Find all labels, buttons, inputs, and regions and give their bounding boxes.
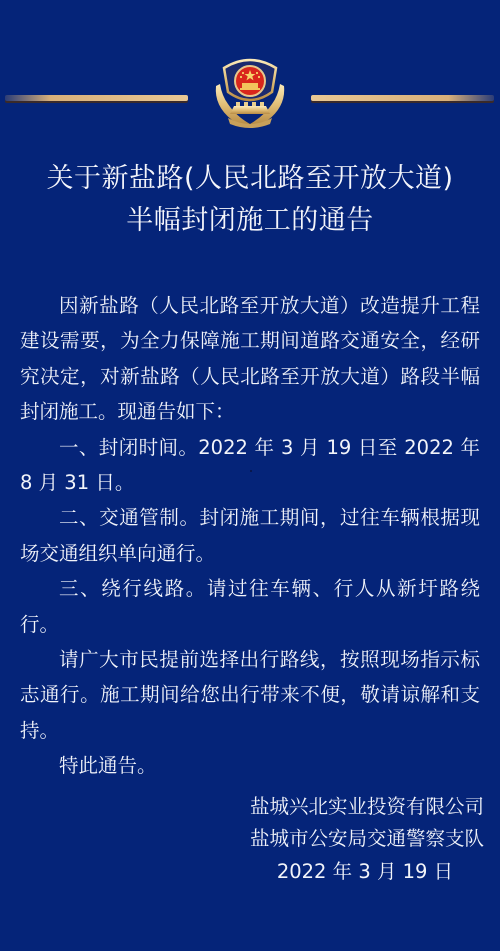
traffic-control-paragraph: 二、交通管制。封闭施工期间，过往车辆根据现场交通组织单向通行。 (20, 500, 480, 571)
notice-title-line-2: 半幅封闭施工的通告 (0, 198, 500, 237)
gold-divider-left (5, 95, 188, 101)
image-speck (250, 470, 252, 472)
signature-org-police: 盐城市公安局交通警察支队 (250, 823, 480, 851)
signature-date: 2022 年 3 月 19 日 (250, 856, 480, 884)
public-request-paragraph: 请广大市民提前选择出行路线，按照现场指示标志通行。施工期间给您出行带来不便，敬请… (20, 642, 480, 748)
intro-paragraph: 因新盐路（人民北路至开放大道）改造提升工程建设需要，为全力保障施工期间道路交通安… (20, 288, 480, 430)
gold-divider-right (311, 95, 494, 101)
police-emblem-icon (210, 54, 290, 130)
detour-route-paragraph: 三、绕行线路。请过往车辆、行人从新圩路绕行。 (20, 571, 480, 642)
notice-title-line-1: 关于新盐路(人民北路至开放大道) (0, 156, 500, 195)
closure-time-paragraph: 一、封闭时间。2022 年 3 月 19 日至 2022 年 8 月 31 日。 (20, 430, 480, 501)
closing-paragraph: 特此通告。 (20, 748, 480, 783)
signature-org-company: 盐城兴北实业投资有限公司 (250, 791, 480, 819)
notice-body: 因新盐路（人民北路至开放大道）改造提升工程建设需要，为全力保障施工期间道路交通安… (20, 288, 480, 784)
